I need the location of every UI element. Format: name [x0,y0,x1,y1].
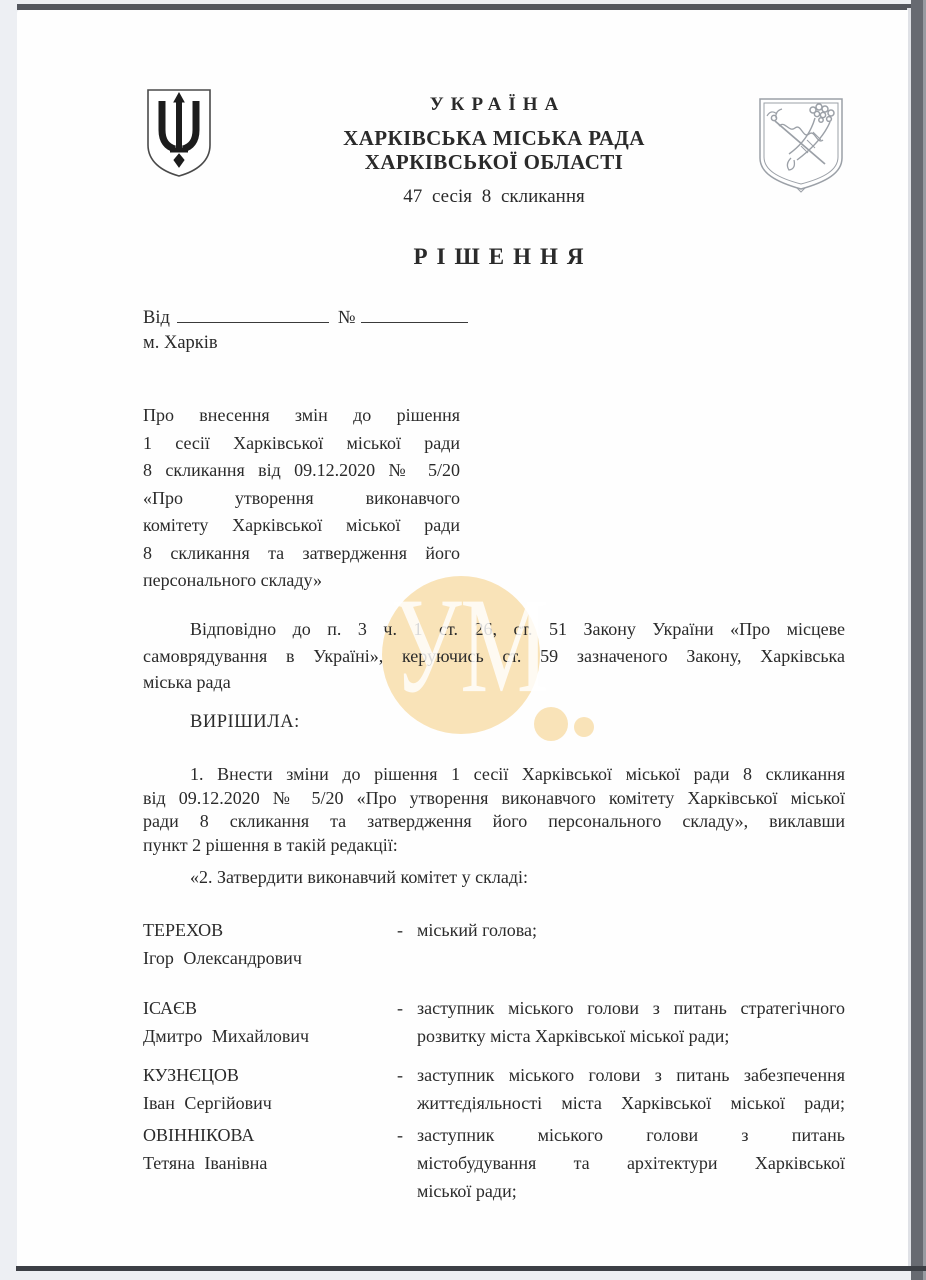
role-line: заступник міського голови з питань страт… [417,994,845,1022]
council-name-line1: ХАРКІВСЬКА МІСЬКА РАДА [143,126,845,150]
role-dash: - [397,994,417,1050]
member-row: КУЗНЄЦОВ Іван Сергійович - заступник міс… [143,1061,845,1117]
member-given-name: Дмитро Михайлович [143,1022,397,1050]
role-line: міський голова; [417,916,845,944]
role-line: міської ради; [417,1177,845,1205]
member-surname: КУЗНЄЦОВ [143,1061,397,1089]
item2-intro: «2. Затвердити виконавчий комітет у скла… [143,867,892,888]
committee-members-list: ТЕРЕХОВ Ігор Олександрович - міський гол… [143,916,845,1205]
date-blank-field [177,305,329,323]
member-surname: ТЕРЕХОВ [143,916,397,944]
item1-line: 1. Внести зміни до рішення 1 сесії Харкі… [143,763,845,787]
member-given-name: Тетяна Іванівна [143,1149,397,1177]
member-role-cell: - міський голова; [397,916,845,944]
item1-line: ради 8 скликання та затвердження його пе… [143,810,845,834]
subject-line: 8 скликання від 09.12.2020 № 5/20 [143,457,460,485]
role-line: містобудування та архітектури Харківсько… [417,1149,845,1177]
member-name-cell: ОВІННІКОВА Тетяна Іванівна [143,1121,397,1177]
role-dash: - [397,916,417,944]
member-role: заступник міського голови з питань страт… [417,994,845,1050]
session-line: 47 сесія 8 скликання [143,186,845,208]
member-name-cell: ТЕРЕХОВ Ігор Олександрович [143,916,397,972]
member-role: заступник міського голови з питань забез… [417,1061,845,1117]
member-given-name: Іван Сергійович [143,1089,397,1117]
member-role-cell: - заступник міського голови з питань стр… [397,994,845,1050]
document-title: РІШЕННЯ [143,244,854,270]
date-number-line: Від№ [143,305,643,329]
subject-line: 8 скликання та затвердження його [143,540,460,568]
role-line: життєдіяльності міста Харківської місько… [417,1089,845,1117]
member-role-cell: - заступник міського голови з питань заб… [397,1061,845,1117]
member-row: ОВІННІКОВА Тетяна Іванівна - заступник м… [143,1121,845,1205]
member-role-cell: - заступник міського голови з питань міс… [397,1121,845,1205]
watermark-dot-small [574,717,594,737]
subject-line: Про внесення змін до рішення [143,402,460,430]
item1-line: пункт 2 рішення в такій редакції: [143,834,845,858]
photo-edge-right [911,0,923,1280]
decided-label: ВИРІШИЛА: [190,712,300,733]
subject-line: комітету Харківської міської ради [143,512,460,540]
subject-line: «Про утворення виконавчого [143,485,460,513]
member-row: ТЕРЕХОВ Ігор Олександрович - міський гол… [143,916,845,972]
member-name-cell: КУЗНЄЦОВ Іван Сергійович [143,1061,397,1117]
country-name: УКРАЇНА [143,94,845,116]
role-dash: - [397,1061,417,1117]
document-viewer: УКРАЇНА ХАРКІВСЬКА МІСЬКА РАДА ХАРКІВСЬК… [0,0,926,1280]
member-role: заступник міського голови з питань місто… [417,1121,845,1205]
member-row: ІСАЄВ Дмитро Михайлович - заступник місь… [143,994,845,1050]
document-page: УКРАЇНА ХАРКІВСЬКА МІСЬКА РАДА ХАРКІВСЬК… [17,10,908,1266]
member-name-cell: ІСАЄВ Дмитро Михайлович [143,994,397,1050]
item1-paragraph: 1. Внести зміни до рішення 1 сесії Харкі… [143,763,845,857]
member-role: міський голова; [417,916,845,944]
subject-paragraph: Про внесення змін до рішення 1 сесії Хар… [143,402,460,595]
number-label: № [338,308,356,328]
member-surname: ІСАЄВ [143,994,397,1022]
watermark-dot-large [534,707,568,741]
city-line: м. Харків [143,333,218,354]
member-surname: ОВІННІКОВА [143,1121,397,1149]
item1-line: від 09.12.2020 № 5/20 «Про утворення вик… [143,787,845,811]
role-line: заступник міського голови з питань забез… [417,1061,845,1089]
document-header: УКРАЇНА ХАРКІВСЬКА МІСЬКА РАДА ХАРКІВСЬК… [143,94,845,208]
photo-edge-bottom [16,1266,926,1271]
subject-line: 1 сесії Харківської міської ради [143,430,460,458]
role-line: розвитку міста Харківської міської ради; [417,1022,845,1050]
council-name-line2: ХАРКІВСЬКОЇ ОБЛАСТІ [143,150,845,174]
member-given-name: Ігор Олександрович [143,944,397,972]
role-line: заступник міського голови з питань [417,1121,845,1149]
role-dash: - [397,1121,417,1205]
watermark-um-letters: УМ [391,578,548,715]
date-from-label: Від [143,308,170,328]
number-blank-field [361,305,468,323]
